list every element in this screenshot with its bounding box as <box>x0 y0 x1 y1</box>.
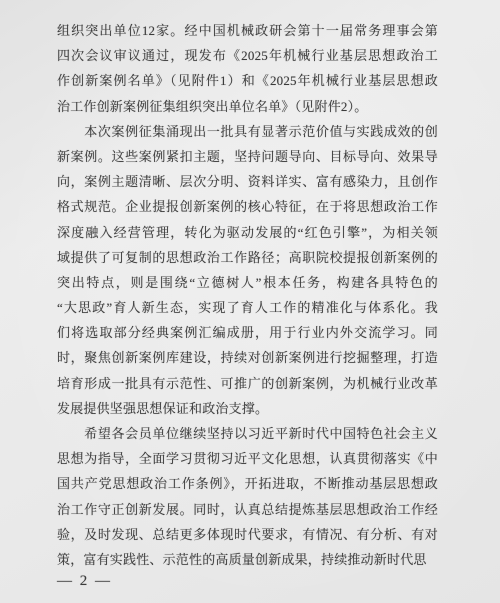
text-line: 组织突出单位12家。经中国机械政研会第十一届常务理事会第 <box>57 18 438 43</box>
text-line: 希望各会员单位继续坚持以习近平新时代中国特色社会主义 <box>57 421 438 446</box>
text-line: 时，聚焦创新案例库建设，持续对创新案例进行挖掘整理，打造 <box>57 345 438 370</box>
page-number: — 2 — <box>57 571 112 591</box>
text-line: 思想为指导，全面学习贯彻习近平文化思想，认真贯彻落实《中 <box>57 446 438 471</box>
text-line: 策，富有实践性、示范性的高质量创新成果，持续推动新时代思 <box>57 547 438 572</box>
text-line: 格式规范。企业提报创新案例的核心特征，在于将思想政治工作 <box>57 194 438 219</box>
text-line: 本次案例征集涌现出一批具有显著示范价值与实践成效的创 <box>57 119 438 144</box>
text-line: 们将选取部分经典案例汇编成册，用于行业内外交流学习。同 <box>57 320 438 345</box>
text-line: 治工作守正创新发展。同时，认真总结提炼基层思想政治工作经 <box>57 497 438 522</box>
text-line: 四次会议审议通过，现发布《2025年机械行业基层思想政治工 <box>57 43 438 68</box>
text-line: 发展提供坚强思想保证和政治支撑。 <box>57 396 438 421</box>
text-line: 作创新案例名单》（见附件1）和《2025年机械行业基层思想政 <box>57 68 438 93</box>
scanned-document-page: 组织突出单位12家。经中国机械政研会第十一届常务理事会第 四次会议审议通过，现发… <box>0 0 500 603</box>
text-line: “大思政”育人新生态，实现了育人工作的精准化与体系化。我 <box>57 295 438 320</box>
text-line: 培育形成一批具有示范性、可推广的创新案例，为机械行业改革 <box>57 371 438 396</box>
text-line: 治工作创新案例征集组织突出单位名单》（见附件2）。 <box>57 94 438 119</box>
text-line: 国共产党思想政治工作条例》，开拓进取，不断推动基层思想政 <box>57 471 438 496</box>
text-line: 新案例。这些案例紧扣主题，坚持问题导向、目标导向、效果导 <box>57 144 438 169</box>
text-line: 深度融入经营管理，转化为驱动发展的“红色引擎”，为相关领 <box>57 220 438 245</box>
document-body-text: 组织突出单位12家。经中国机械政研会第十一届常务理事会第 四次会议审议通过，现发… <box>57 18 438 572</box>
text-line: 验，及时发现、总结更多体现时代要求，有情况、有分析、有对 <box>57 522 438 547</box>
text-line: 突出特点，则是围绕“立德树人”根本任务，构建各具特色的 <box>57 270 438 295</box>
text-line: 向，案例主题清晰、层次分明、资料详实、富有感染力，且创作 <box>57 169 438 194</box>
text-line: 域提供了可复制的思想政治工作路径；高职院校提报创新案例的 <box>57 245 438 270</box>
